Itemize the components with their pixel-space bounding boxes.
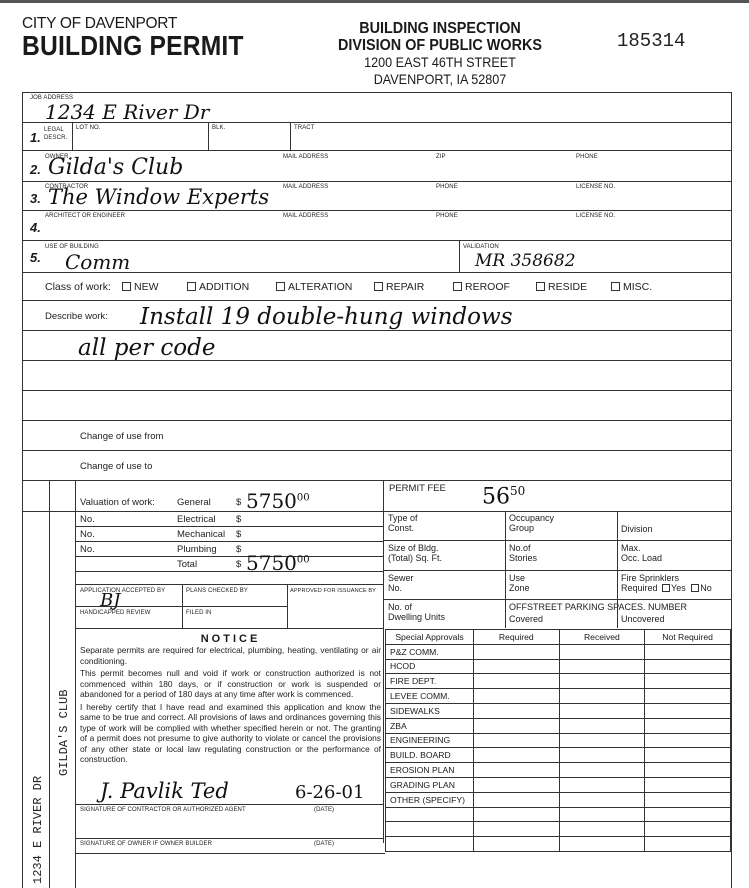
approval-name: FIRE DEPT. <box>386 674 474 689</box>
required-cell[interactable] <box>473 718 559 733</box>
block-label: BLK. <box>212 125 225 131</box>
table-row: HCOD <box>386 659 731 674</box>
class-option-repair[interactable]: REPAIR <box>374 281 424 293</box>
received-cell[interactable] <box>559 718 645 733</box>
yes-label: Yes <box>671 583 686 593</box>
label-line: Use <box>509 573 530 583</box>
required-cell[interactable] <box>473 733 559 748</box>
table-row: EROSION PLAN <box>386 763 731 778</box>
department-address-line2: DAVENPORT, IA 52807 <box>332 71 548 88</box>
not-required-cell[interactable] <box>645 674 731 689</box>
fee-cents: 50 <box>510 484 525 498</box>
plans-checked-by-label: PLANS CHECKED BY <box>186 588 248 594</box>
required-cell[interactable] <box>473 822 559 837</box>
contractor-value[interactable]: The Window Experts <box>48 185 269 209</box>
not-required-cell[interactable] <box>645 733 731 748</box>
label-line: No.of <box>509 543 537 553</box>
plumbing-label: Plumbing <box>177 544 217 555</box>
required-cell[interactable] <box>473 777 559 792</box>
amount-cents: 00 <box>297 492 310 503</box>
received-cell[interactable] <box>559 792 645 807</box>
owner-zip-label: ZIP <box>436 154 446 160</box>
mechanical-label: Mechanical <box>177 529 225 540</box>
label-line: Size of Bldg. <box>388 543 442 553</box>
required-cell[interactable] <box>473 703 559 718</box>
checkbox-icon <box>662 584 670 592</box>
approval-name: ENGINEERING <box>386 733 474 748</box>
no-label: No <box>700 583 712 593</box>
table-row: ENGINEERING <box>386 733 731 748</box>
required-cell[interactable] <box>473 807 559 822</box>
tract-label: TRACT <box>294 125 315 131</box>
class-option-reroof[interactable]: REROOF <box>453 281 510 293</box>
section-number-3: 3. <box>30 191 41 206</box>
approval-name: SIDEWALKS <box>386 703 474 718</box>
notice-title: NOTICE <box>80 633 381 645</box>
parking-spaces-label: OFFSTREET PARKING SPACES. NUMBER <box>509 602 687 612</box>
label-line: Group <box>509 523 554 533</box>
legal-label-line1: LEGAL <box>44 126 67 134</box>
not-required-cell[interactable] <box>645 792 731 807</box>
table-row <box>386 807 731 822</box>
table-header-row: Special Approvals Required Received Not … <box>386 630 731 645</box>
notice-paragraph-2: This permit becomes null and void if wor… <box>80 668 381 700</box>
checkbox-icon <box>276 282 285 291</box>
label-line: Type of <box>388 513 418 523</box>
fee-dollars: 56 <box>482 484 510 509</box>
table-row: FIRE DEPT. <box>386 674 731 689</box>
electrical-currency: $ <box>236 514 241 525</box>
required-cell[interactable] <box>473 689 559 704</box>
valuation-general-currency: $ <box>236 497 241 508</box>
amount-cents: 00 <box>297 554 310 565</box>
not-required-cell[interactable] <box>645 807 731 822</box>
class-option-misc[interactable]: MISC. <box>611 281 652 293</box>
contractor-signature[interactable]: J. Pavlik Ted <box>100 779 229 803</box>
received-cell[interactable] <box>559 763 645 778</box>
contractor-mail-address-label: MAIL ADDRESS <box>283 184 328 190</box>
use-zone-label: UseZone <box>509 573 530 593</box>
approval-name[interactable] <box>386 837 474 852</box>
occupancy-group-label: OccupancyGroup <box>509 513 554 533</box>
required-label: Required <box>621 583 658 593</box>
received-cell[interactable] <box>559 777 645 792</box>
lot-no-label: LOT NO. <box>76 125 101 131</box>
required-cell[interactable] <box>473 837 559 852</box>
division-label: Division <box>621 524 653 534</box>
department-block: BUILDING INSPECTION DIVISION OF PUBLIC W… <box>320 20 560 88</box>
checkbox-icon <box>453 282 462 291</box>
change-of-use-from-label: Change of use from <box>80 431 163 442</box>
label-line: No. <box>388 583 414 593</box>
required-cell[interactable] <box>473 644 559 659</box>
permit-fee-label: PERMIT FEE <box>389 483 446 494</box>
total-currency: $ <box>236 559 241 570</box>
class-option-alteration[interactable]: ALTERATION <box>276 281 352 293</box>
fire-sprinklers-options: Required Yes No <box>621 583 712 593</box>
contractor-phone-label: PHONE <box>436 184 458 190</box>
legal-label-line2: DESCR. <box>44 134 67 142</box>
not-required-cell[interactable] <box>645 748 731 763</box>
fire-sprinklers-field: Fire Sprinklers Required Yes No <box>621 573 712 593</box>
owner-date-label: (DATE) <box>314 841 334 847</box>
class-option-label: REROOF <box>465 281 510 293</box>
sewer-number-label: SewerNo. <box>388 573 414 593</box>
valuation-general-label: General <box>177 497 211 508</box>
column-header: Not Required <box>645 630 731 645</box>
validation-value[interactable]: MR 358682 <box>475 251 576 271</box>
not-required-cell[interactable] <box>645 703 731 718</box>
table-row: SIDEWALKS <box>386 703 731 718</box>
checkbox-icon <box>122 282 131 291</box>
received-cell[interactable] <box>559 703 645 718</box>
side-label-owner: GILDA'S CLUB <box>57 690 71 776</box>
approved-for-issuance-label: APPROVED FOR ISSUANCE BY <box>290 588 376 594</box>
column-header: Special Approvals <box>386 630 474 645</box>
required-cell[interactable] <box>473 659 559 674</box>
owner-signature-label: SIGNATURE OF OWNER IF OWNER BUILDER <box>80 841 212 847</box>
document-title: BUILDING PERMIT <box>22 30 244 62</box>
sprinklers-yes-option[interactable]: Yes <box>662 583 686 593</box>
section-number-1: 1. <box>30 130 41 145</box>
approval-name: HCOD <box>386 659 474 674</box>
checkbox-icon <box>611 282 620 291</box>
class-option-label: RESIDE <box>548 281 587 293</box>
not-required-cell[interactable] <box>645 763 731 778</box>
notice-block: NOTICE Separate permits are required for… <box>80 633 381 767</box>
label-line: Stories <box>509 553 537 563</box>
label-line: Zone <box>509 583 530 593</box>
describe-work-line1[interactable]: Install 19 double-hung windows <box>140 304 513 330</box>
amount-dollars: 5750 <box>246 489 297 513</box>
architect-license-label: LICENSE NO. <box>576 213 615 219</box>
approval-name[interactable] <box>386 822 474 837</box>
class-option-label: REPAIR <box>386 281 424 293</box>
architect-mail-address-label: MAIL ADDRESS <box>283 213 328 219</box>
not-required-cell[interactable] <box>645 689 731 704</box>
column-header: Received <box>559 630 645 645</box>
required-cell[interactable] <box>473 674 559 689</box>
checkbox-icon <box>374 282 383 291</box>
not-required-cell[interactable] <box>645 837 731 852</box>
checkbox-icon <box>691 584 699 592</box>
received-cell[interactable] <box>559 644 645 659</box>
approval-name: LEVEE COMM. <box>386 689 474 704</box>
approval-name[interactable] <box>386 807 474 822</box>
change-of-use-to-label: Change of use to <box>80 461 152 472</box>
label-line: Occ. Load <box>621 553 662 563</box>
architect-phone-label: PHONE <box>436 213 458 219</box>
department-line1: BUILDING INSPECTION <box>332 20 548 37</box>
approval-name: EROSION PLAN <box>386 763 474 778</box>
mechanical-currency: $ <box>236 529 241 540</box>
received-cell[interactable] <box>559 748 645 763</box>
application-accepted-by-label: APPLICATION ACCEPTED BY <box>80 588 165 594</box>
filed-in-label: FILED IN <box>186 610 211 616</box>
department-line2: DIVISION OF PUBLIC WORKS <box>332 37 548 54</box>
table-row: GRADING PLAN <box>386 777 731 792</box>
max-occupant-load-label: Max.Occ. Load <box>621 543 662 563</box>
table-row: LEVEE COMM. <box>386 689 731 704</box>
class-option-reside[interactable]: RESIDE <box>536 281 587 293</box>
class-of-work-label: Class of work: <box>45 281 111 293</box>
table-row: ZBA <box>386 718 731 733</box>
approval-name: OTHER (SPECIFY) <box>386 792 474 807</box>
use-of-building-value[interactable]: Comm <box>65 250 130 274</box>
required-cell[interactable] <box>473 763 559 778</box>
section-number-2: 2. <box>30 162 41 177</box>
table-row <box>386 837 731 852</box>
permit-number: 185314 <box>617 30 685 52</box>
legal-descr-label: LEGAL DESCR. <box>44 126 67 142</box>
received-cell[interactable] <box>559 659 645 674</box>
received-cell[interactable] <box>559 733 645 748</box>
not-required-cell[interactable] <box>645 822 731 837</box>
describe-work-label: Describe work: <box>45 311 108 322</box>
architect-label: ARCHITECT OR ENGINEER <box>45 213 125 219</box>
label-line: Max. <box>621 543 662 553</box>
number-of-stories-label: No.ofStories <box>509 543 537 563</box>
class-option-label: ALTERATION <box>288 281 352 293</box>
plumbing-no-label: No. <box>80 544 95 555</box>
contractor-license-label: LICENSE NO. <box>576 184 615 190</box>
label-line: Dwelling Units <box>388 612 445 622</box>
owner-phone-label: PHONE <box>576 154 598 160</box>
class-option-label: NEW <box>134 281 159 293</box>
window-top-edge <box>0 0 749 3</box>
approval-name: BUILD. BOARD <box>386 748 474 763</box>
owner-mail-address-label: MAIL ADDRESS <box>283 154 328 160</box>
sprinklers-no-option[interactable]: No <box>691 583 712 593</box>
section-number-5: 5. <box>30 250 41 265</box>
permit-fee-value[interactable]: 5650 <box>482 484 525 509</box>
received-cell[interactable] <box>559 674 645 689</box>
approval-name: ZBA <box>386 718 474 733</box>
validation-label: VALIDATION <box>463 244 499 250</box>
parking-covered-label: Covered <box>509 614 543 624</box>
type-of-const-label: Type ofConst. <box>388 513 418 533</box>
parking-uncovered-label: Uncovered <box>621 614 665 624</box>
required-cell[interactable] <box>473 748 559 763</box>
label-line: No. of <box>388 602 445 612</box>
job-address-value[interactable]: 1234 E River Dr <box>45 100 209 124</box>
not-required-cell[interactable] <box>645 659 731 674</box>
electrical-label: Electrical <box>177 514 216 525</box>
contractor-date-label: (DATE) <box>314 807 334 813</box>
not-required-cell[interactable] <box>645 777 731 792</box>
received-cell[interactable] <box>559 837 645 852</box>
checkbox-icon <box>187 282 196 291</box>
table-row: P&Z COMM. <box>386 644 731 659</box>
valuation-label: Valuation of work: <box>80 497 155 508</box>
table-row <box>386 822 731 837</box>
label-line: (Total) Sq. Ft. <box>388 553 442 563</box>
fire-sprinklers-label: Fire Sprinklers <box>621 573 712 583</box>
electrical-no-label: No. <box>80 514 95 525</box>
valuation-general-amount[interactable]: 575000 <box>246 489 310 513</box>
label-line: Sewer <box>388 573 414 583</box>
section-number-4: 4. <box>30 220 41 235</box>
approval-name: P&Z COMM. <box>386 644 474 659</box>
notice-paragraph-1: Separate permits are required for electr… <box>80 645 381 666</box>
received-cell[interactable] <box>559 807 645 822</box>
class-option-new[interactable]: NEW <box>122 281 159 293</box>
class-option-label: MISC. <box>623 281 652 293</box>
table-row: OTHER (SPECIFY) <box>386 792 731 807</box>
not-required-cell[interactable] <box>645 644 731 659</box>
contractor-signature-label: SIGNATURE OF CONTRACTOR OR AUTHORIZED AG… <box>80 807 246 813</box>
size-of-building-label: Size of Bldg.(Total) Sq. Ft. <box>388 543 442 563</box>
table-row: BUILD. BOARD <box>386 748 731 763</box>
department-address-line1: 1200 EAST 46TH STREET <box>332 54 548 71</box>
handicapped-review-label: HANDICAPPED REVIEW <box>80 610 150 616</box>
dwelling-units-label: No. ofDwelling Units <box>388 602 445 622</box>
received-cell[interactable] <box>559 689 645 704</box>
class-option-addition[interactable]: ADDITION <box>187 281 249 293</box>
mechanical-no-label: No. <box>80 529 95 540</box>
application-accepted-by-value[interactable]: BJ <box>100 590 120 611</box>
class-option-label: ADDITION <box>199 281 249 293</box>
owner-value[interactable]: Gilda's Club <box>48 155 183 180</box>
total-label: Total <box>177 559 197 570</box>
plumbing-currency: $ <box>236 544 241 555</box>
not-required-cell[interactable] <box>645 718 731 733</box>
checkbox-icon <box>536 282 545 291</box>
describe-work-line2[interactable]: all per code <box>78 335 215 361</box>
side-label-address: 1234 E RIVER DR <box>31 776 45 884</box>
column-header: Required <box>473 630 559 645</box>
label-line: Occupancy <box>509 513 554 523</box>
special-approvals-table: Special Approvals Required Received Not … <box>385 629 731 852</box>
notice-paragraph-3: I hereby certify that I have read and ex… <box>80 702 381 765</box>
label-line: Const. <box>388 523 418 533</box>
contractor-signature-date[interactable]: 6-26-01 <box>295 782 364 803</box>
received-cell[interactable] <box>559 822 645 837</box>
approval-name: GRADING PLAN <box>386 777 474 792</box>
required-cell[interactable] <box>473 792 559 807</box>
